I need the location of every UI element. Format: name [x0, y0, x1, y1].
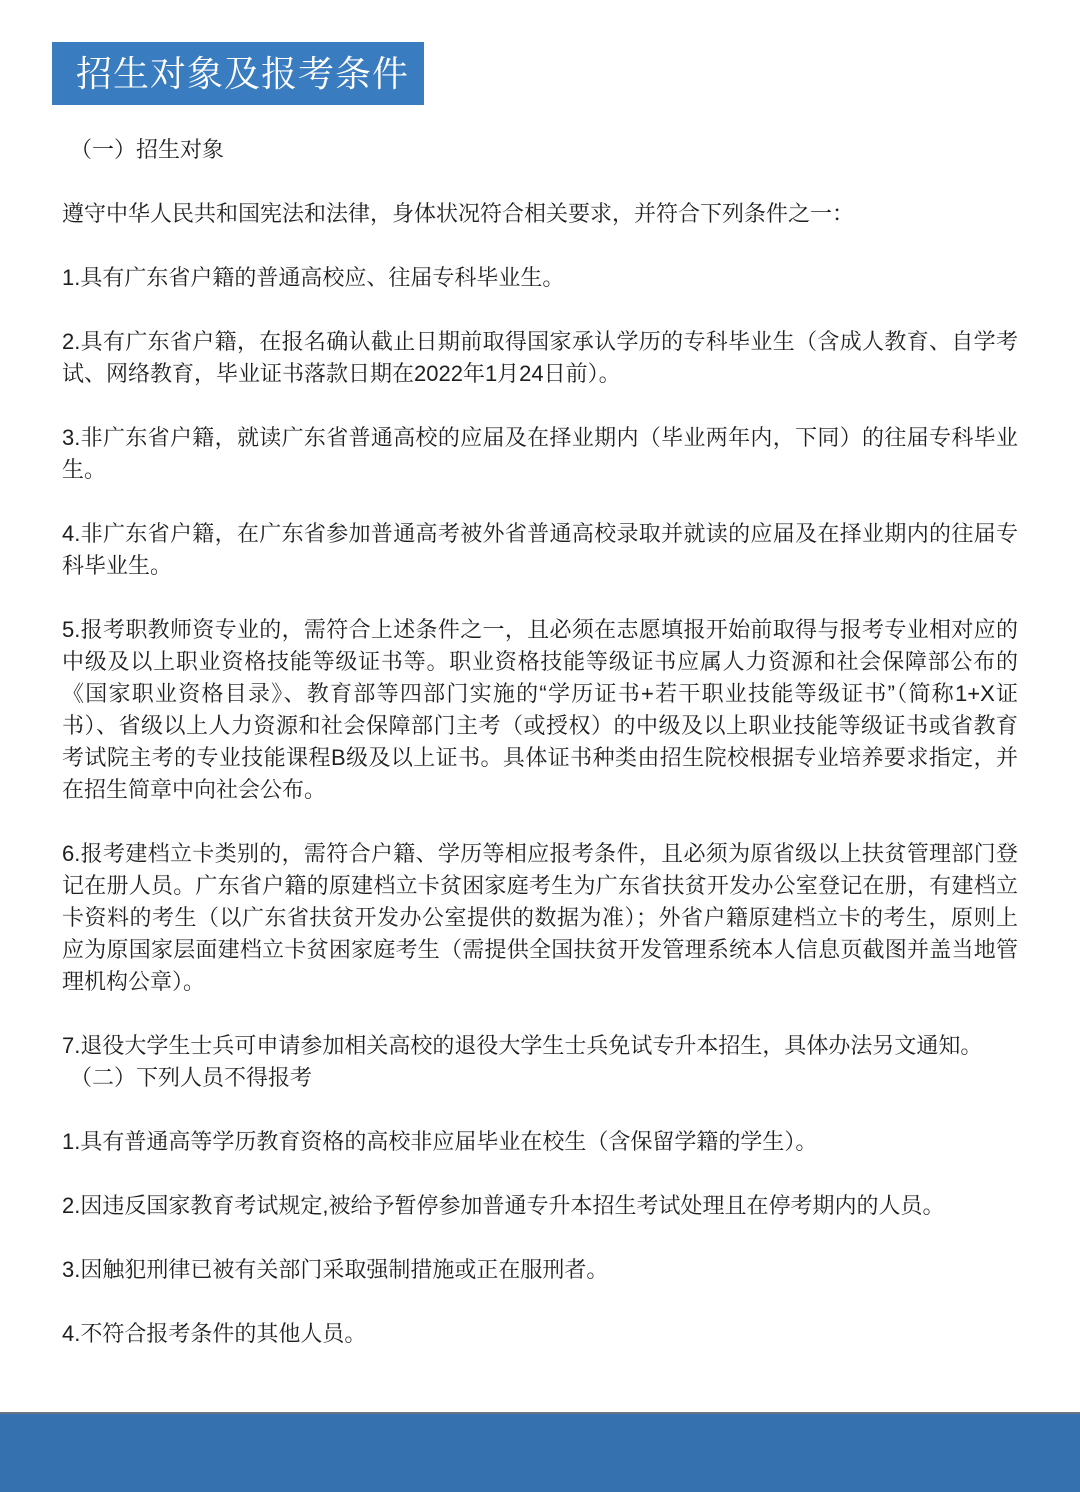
section-2-item-1: 1.具有普通高等学历教育资格的高校非应届毕业在校生（含保留学籍的学生）。 — [62, 1126, 1018, 1158]
section-1-item-6: 6.报考建档立卡类别的，需符合户籍、学历等相应报考条件，且必须为原省级以上扶贫管… — [62, 838, 1018, 998]
section-1-item-1: 1.具有广东省户籍的普通高校应、往届专科毕业生。 — [62, 262, 1018, 294]
section-1-item-4: 4.非广东省户籍，在广东省参加普通高考被外省普通高校录取并就读的应届及在择业期内… — [62, 518, 1018, 582]
section-1-intro-paragraph: 遵守中华人民共和国宪法和法律，身体状况符合相关要求，并符合下列条件之一： — [62, 198, 1018, 230]
section-1-item-7: 7.退役大学生士兵可申请参加相关高校的退役大学生士兵免试专升本招生，具体办法另文… — [62, 1030, 1018, 1062]
footer-bar — [0, 1412, 1080, 1492]
section-1-heading: （一）招生对象 — [62, 134, 1018, 166]
section-1-item-2: 2.具有广东省户籍，在报名确认截止日期前取得国家承认学历的专科毕业生（含成人教育… — [62, 326, 1018, 390]
section-1-item-3: 3.非广东省户籍，就读广东省普通高校的应届及在择业期内（毕业两年内，下同）的往届… — [62, 422, 1018, 486]
section-2-item-2: 2.因违反国家教育考试规定,被给予暂停参加普通专升本招生考试处理且在停考期内的人… — [62, 1190, 1018, 1222]
section-2-heading: （二）下列人员不得报考 — [62, 1062, 1018, 1094]
document-body: （一）招生对象 遵守中华人民共和国宪法和法律，身体状况符合相关要求，并符合下列条… — [62, 134, 1018, 1382]
section-1-item-5: 5.报考职教师资专业的，需符合上述条件之一，且必须在志愿填报开始前取得与报考专业… — [62, 614, 1018, 806]
section-2-item-3: 3.因触犯刑律已被有关部门采取强制措施或正在服刑者。 — [62, 1254, 1018, 1286]
title-banner: 招生对象及报考条件 — [52, 42, 424, 105]
section-2-item-4: 4.不符合报考条件的其他人员。 — [62, 1318, 1018, 1350]
document-page: 招生对象及报考条件 （一）招生对象 遵守中华人民共和国宪法和法律，身体状况符合相… — [0, 0, 1080, 1492]
banner-title-label: 招生对象及报考条件 — [76, 53, 409, 94]
